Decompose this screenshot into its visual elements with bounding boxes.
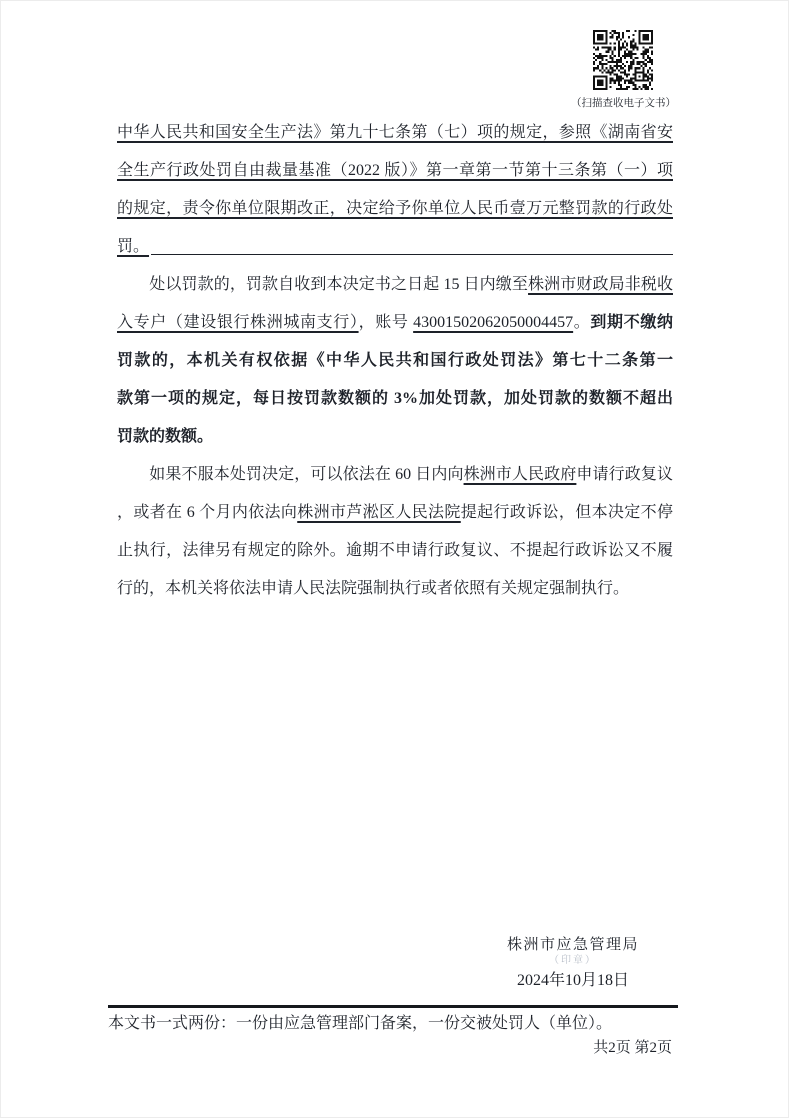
- qr-code: [593, 30, 653, 90]
- text-segment: 处以罚款的，罚款自收到本决定书之日起 15 日内缴至: [117, 276, 528, 293]
- text-segment: 中华人民共和国安全生产法》第九十七条第（七）项的规定，参照《湖南省安: [117, 124, 673, 141]
- text-segment: 款第一项的规定，每日按罚款数额的 3%加处罚款，加处罚款的数额不超出: [117, 390, 673, 407]
- text-line: 款第一项的规定，每日按罚款数额的 3%加处罚款，加处罚款的数额不超出: [117, 380, 673, 418]
- text-segment: 株洲市财政局非税收: [528, 276, 673, 293]
- document-body: 中华人民共和国安全生产法》第九十七条第（七）项的规定，参照《湖南省安全生产行政处…: [117, 114, 673, 608]
- text-line: 的规定，责令你单位限期改正，决定给予你单位人民币壹万元整罚款的行政处: [117, 190, 673, 228]
- page-indicator: 共2页 第2页: [593, 1036, 672, 1057]
- text-line: 如果不服本处罚决定，可以依法在 60 日内向株洲市人民政府申请行政复议: [117, 456, 673, 494]
- text-segment: 罚款的，本机关有权依据《中华人民共和国行政处罚法》第七十二条第一: [117, 352, 673, 369]
- footer-note: 本文书一式两份：一份由应急管理部门备案，一份交被处罚人（单位）。: [108, 1014, 612, 1034]
- seal-placeholder: （印章）: [507, 955, 639, 967]
- text-line: 罚款的，本机关有权依据《中华人民共和国行政处罚法》第七十二条第一: [117, 342, 673, 380]
- text-segment: ，账号: [359, 314, 414, 331]
- text-segment: 入专户（建设银行株洲城南支行）: [117, 314, 359, 331]
- text-line: 罚。: [117, 228, 673, 266]
- text-line: 处以罚款的，罚款自收到本决定书之日起 15 日内缴至株洲市财政局非税收: [117, 266, 673, 304]
- text-segment: 43001502062050004457: [413, 314, 573, 331]
- text-line: 行的，本机关将依法申请人民法院强制执行或者依照有关规定强制执行。: [117, 570, 673, 608]
- issuing-agency: 株洲市应急管理局: [507, 936, 639, 954]
- text-segment: ，或者在 6 个月内依法向: [117, 504, 297, 521]
- text-line: 止执行，法律另有规定的除外。逾期不申请行政复议、不提起行政诉讼又不履: [117, 532, 673, 570]
- text-line: 全生产行政处罚自由裁量基准（2022 版）》第一章第一节第十三条第（一）项: [117, 152, 673, 190]
- text-segment: 全生产行政处罚自由裁量基准（2022 版）》第一章第一节第十三条第（一）项: [117, 162, 673, 179]
- text-segment: 止执行，法律另有规定的除外。逾期不申请行政复议、不提起行政诉讼又不履: [117, 542, 673, 559]
- text-line: ，或者在 6 个月内依法向株洲市芦淞区人民法院提起行政诉讼，但本决定不停: [117, 494, 673, 532]
- text-segment: 如果不服本处罚决定，可以依法在 60 日内向: [117, 466, 464, 483]
- text-segment: 到期不缴纳: [590, 314, 673, 331]
- text-segment: 株洲市人民政府: [464, 466, 577, 483]
- text-segment: 提起行政诉讼，但本决定不停: [461, 504, 673, 521]
- text-segment: 株洲市芦淞区人民法院: [297, 504, 461, 521]
- text-line: 入专户（建设银行株洲城南支行），账号 43001502062050004457。…: [117, 304, 673, 342]
- text-line: 罚款的数额。: [117, 418, 673, 456]
- text-segment: 的规定，责令你单位限期改正，决定给予你单位人民币壹万元整罚款的行政处: [117, 200, 673, 217]
- text-segment: 。: [573, 314, 590, 331]
- blank-underline: [151, 228, 673, 255]
- footer-divider: [108, 1005, 678, 1008]
- qr-block: （扫描查收电子文书）: [571, 30, 675, 110]
- document-page: （扫描查收电子文书） 中华人民共和国安全生产法》第九十七条第（七）项的规定，参照…: [0, 0, 789, 1118]
- qr-caption: （扫描查收电子文书）: [571, 95, 675, 110]
- issue-date: 2024年10月18日: [507, 971, 639, 991]
- text-segment: 罚。: [117, 228, 149, 266]
- signature-block: 株洲市应急管理局 （印章） 2024年10月18日: [507, 936, 639, 991]
- text-segment: 行的，本机关将依法申请人民法院强制执行或者依照有关规定强制执行。: [117, 580, 629, 597]
- text-segment: 申请行政复议: [576, 466, 673, 483]
- text-segment: 罚款的数额。: [117, 428, 213, 445]
- text-line: 中华人民共和国安全生产法》第九十七条第（七）项的规定，参照《湖南省安: [117, 114, 673, 152]
